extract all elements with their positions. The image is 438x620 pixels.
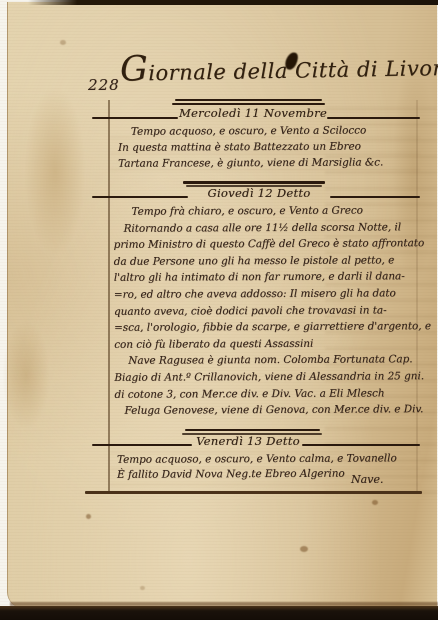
foxing-spot [86, 514, 91, 519]
entry-line: =sca, l'orologio, fibbie da scarpe, e gi… [114, 318, 428, 336]
foxing-spot [372, 500, 378, 505]
entry-line: con ciò fù liberato da questi Assassini [114, 335, 428, 353]
heading2-rule-right [330, 196, 420, 198]
entry-line: da due Persone uno gli ha messo le pisto… [114, 252, 428, 270]
heading2-rule-left [92, 196, 188, 198]
foxing-spot [60, 40, 66, 45]
entry3-heading: Venerdì 13 Detto [192, 434, 304, 448]
page-title: Giornale della Città di Livorno [120, 44, 429, 89]
closing-rule [85, 491, 422, 494]
entry-line: Ritornando a casa alle ore 11½ della sco… [114, 219, 428, 237]
heading3-rule-right [302, 444, 420, 446]
entry-line: primo Ministro di questo Caffè del Greco… [114, 235, 428, 253]
foxing-spot [300, 546, 308, 552]
entry1-heading: Mercoledì 11 Novembre [178, 106, 328, 120]
heading1-rule-left [92, 117, 178, 119]
entry-line: Tempo acquoso, e oscuro, e Vento calma, … [117, 451, 422, 467]
frame-line-left [108, 100, 110, 492]
entry-line: Nave Ragusea è giunta nom. Colomba Fortu… [114, 352, 428, 370]
entry-line: Feluga Genovese, viene di Genova, con Me… [114, 401, 428, 419]
manuscript-scan: 228 Giornale della Città di Livorno Merc… [0, 0, 438, 620]
heading1-rule-right [327, 117, 420, 119]
entry2-heading: Giovedì 12 Detto [188, 186, 330, 200]
entry2-body: Tempo frà chiaro, e oscuro, e Vento a Gr… [113, 202, 428, 419]
entry-line: Biagio di Ant.º Crillanovich, viene di A… [114, 368, 428, 386]
entry-line: In questa mattina è stato Battezzato un … [118, 138, 420, 156]
entry-line: Tempo acquoso, e oscuro, e Vento a Scilo… [118, 122, 420, 140]
title-rule-upper [175, 99, 322, 101]
foxing-spot [140, 586, 145, 590]
page-number: 228 [88, 76, 120, 94]
entry-line: di cotone 3, con Mer.ce div. e Div. Vac.… [114, 385, 428, 403]
title-rule-lower [172, 103, 325, 105]
entry-line: quanto aveva, cioè dodici pavoli che tro… [114, 302, 428, 320]
scan-border-bottom [0, 606, 438, 620]
catchword: Nave. [351, 473, 383, 486]
heading3-rule-left [92, 444, 192, 446]
section2-rule-upper [183, 181, 325, 184]
entry-line: Tartana Francese, è giunto, viene di Mar… [118, 154, 420, 172]
entry-line: l'altro gli ha intimato di non far rumor… [114, 269, 428, 287]
section3-rule-upper [185, 429, 320, 431]
entry1-body: Tempo acquoso, e oscuro, e Vento a Scilo… [118, 122, 420, 172]
scan-border-top [28, 0, 438, 5]
entry-line: Tempo frà chiaro, e oscuro, e Vento a Gr… [113, 202, 427, 220]
entry-line: =ro, ed altro che aveva addosso: Il mise… [114, 285, 428, 303]
